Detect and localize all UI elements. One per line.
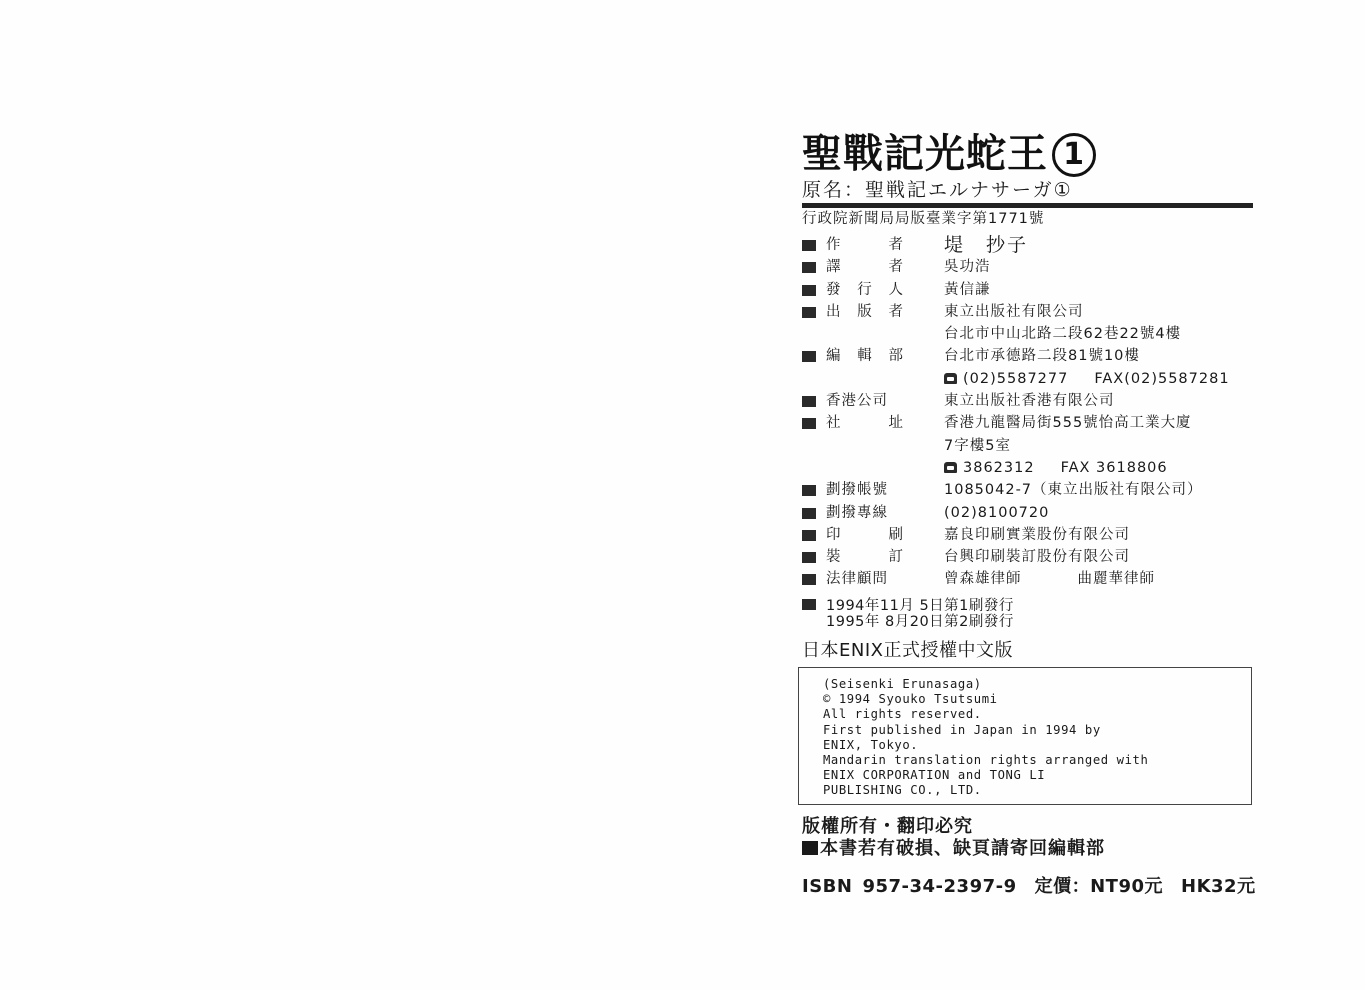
copyright-line: PUBLISHING CO., LTD. bbox=[823, 783, 1251, 798]
credit-label: 劃撥專線 bbox=[826, 502, 904, 524]
credits-list: 作 者 堤 抄子 譯 者 吳功浩 發 行 人 bbox=[802, 234, 1254, 591]
credit-value: 曾森雄律師曲麗華律師 bbox=[944, 568, 1155, 590]
bullet-square-icon bbox=[802, 285, 816, 296]
credit-row-hk-address: 社 址 香港九龍醫局街555號怡高工業大廈 bbox=[802, 412, 1254, 434]
copyright-line: © 1994 Syouko Tsutsumi bbox=[823, 692, 1251, 707]
credit-value: 黃信謙 bbox=[944, 279, 991, 301]
rights-notice: 版權所有・翻印必究 bbox=[802, 816, 973, 838]
credit-row-legal-counsel: 法律顧問 曾森雄律師曲麗華律師 bbox=[802, 568, 1254, 590]
telephone-icon bbox=[944, 462, 957, 473]
copyright-line: (Seisenki Erunasaga) bbox=[823, 677, 1251, 692]
print-date-first: 1994年11月 5日第1刷發行 bbox=[802, 598, 1014, 614]
credit-label: 劃撥帳號 bbox=[826, 479, 904, 501]
credit-value: 1085042-7（東立出版社有限公司） bbox=[944, 479, 1203, 501]
copyright-line: ENIX, Tokyo. bbox=[823, 738, 1251, 753]
copyright-line: First published in Japan in 1994 by bbox=[823, 723, 1251, 738]
credit-row-postal-line: 劃撥專線 (02)8100720 bbox=[802, 502, 1254, 524]
credit-label: 譯 者 bbox=[826, 256, 904, 278]
bullet-square-icon bbox=[802, 485, 816, 496]
bullet-square-icon bbox=[802, 396, 816, 407]
credit-label: 編 輯 部 bbox=[826, 345, 904, 367]
bullet-square-icon bbox=[802, 262, 816, 273]
copyright-line: Mandarin translation rights arranged wit… bbox=[823, 753, 1251, 768]
credit-label: 印 刷 bbox=[826, 524, 904, 546]
bullet-square-icon bbox=[802, 240, 816, 251]
phone-number: 3862312 bbox=[963, 460, 1035, 476]
credit-value: 香港九龍醫局街555號怡高工業大廈 bbox=[944, 412, 1192, 434]
credit-row-publisher: 出 版 者 東立出版社有限公司 bbox=[802, 301, 1254, 323]
credit-row-editorial-phone: (02)5587277FAX(02)5587281 bbox=[802, 368, 1254, 390]
bullet-square-icon bbox=[802, 307, 816, 318]
copyright-line: ENIX CORPORATION and TONG LI bbox=[823, 768, 1251, 783]
fax-number: FAX 3618806 bbox=[1061, 460, 1168, 476]
credit-value: 台北市中山北路二段62巷22號4樓 bbox=[944, 323, 1181, 345]
credit-row-hk-company: 香港公司 東立出版社香港有限公司 bbox=[802, 390, 1254, 412]
credit-value: 吳功浩 bbox=[944, 256, 991, 278]
license-number: 行政院新聞局局版臺業字第1771號 bbox=[802, 210, 1044, 228]
print-history: 1994年11月 5日第1刷發行 1995年 8月20日第2刷發行 bbox=[802, 598, 1014, 630]
credit-label: 發 行 人 bbox=[826, 279, 904, 301]
isbn-number: 957-34-2397-9 bbox=[862, 876, 1016, 897]
credit-row-author: 作 者 堤 抄子 bbox=[802, 234, 1254, 256]
bullet-square-icon bbox=[802, 552, 816, 563]
credit-row-hk-address-cont: 7字樓5室 bbox=[802, 435, 1254, 457]
authorized-edition: 日本ENIX正式授權中文版 bbox=[802, 640, 1013, 662]
credit-row-translator: 譯 者 吳功浩 bbox=[802, 256, 1254, 278]
bullet-square-icon bbox=[802, 351, 816, 362]
credit-value: (02)8100720 bbox=[944, 502, 1049, 524]
print-date-second: 1995年 8月20日第2刷發行 bbox=[802, 614, 1014, 630]
credit-row-hk-phone: 3862312FAX 3618806 bbox=[802, 457, 1254, 479]
price-nt: NT90元 bbox=[1090, 876, 1163, 897]
credit-label: 作 者 bbox=[826, 234, 904, 256]
credit-row-editorial: 編 輯 部 台北市承德路二段81號10樓 bbox=[802, 345, 1254, 367]
credit-value: 東立出版社有限公司 bbox=[944, 301, 1084, 323]
bullet-square-icon bbox=[802, 530, 816, 541]
contact-line: (02)5587277FAX(02)5587281 bbox=[944, 368, 1230, 390]
bullet-square-icon bbox=[802, 508, 816, 519]
scanned-page: 聖戰記光蛇王1 原名：聖戦記エルナサーガ① 行政院新聞局局版臺業字第1771號 … bbox=[0, 0, 1365, 990]
credit-label: 出 版 者 bbox=[826, 301, 904, 323]
original-title: 原名：聖戦記エルナサーガ① bbox=[802, 178, 1073, 202]
credit-value: 東立出版社香港有限公司 bbox=[944, 390, 1115, 412]
isbn-label: ISBN bbox=[802, 876, 852, 897]
credit-value: 7字樓5室 bbox=[944, 435, 1011, 457]
credit-row-publisher-person: 發 行 人 黃信謙 bbox=[802, 279, 1254, 301]
bullet-square-icon bbox=[802, 418, 816, 429]
credit-value: 台北市承德路二段81號10樓 bbox=[944, 345, 1140, 367]
credit-row-publisher-address: 台北市中山北路二段62巷22號4樓 bbox=[802, 323, 1254, 345]
credit-row-postal-account: 劃撥帳號 1085042-7（東立出版社有限公司） bbox=[802, 479, 1254, 501]
credit-row-printer: 印 刷 嘉良印刷實業股份有限公司 bbox=[802, 524, 1254, 546]
credit-value: 嘉良印刷實業股份有限公司 bbox=[944, 524, 1130, 546]
copyright-box: (Seisenki Erunasaga) © 1994 Syouko Tsuts… bbox=[798, 667, 1252, 805]
title-divider bbox=[802, 203, 1253, 208]
phone-number: (02)5587277 bbox=[963, 371, 1068, 387]
contact-line: 3862312FAX 3618806 bbox=[944, 457, 1168, 479]
bullet-square-icon bbox=[802, 599, 816, 610]
bullet-square-icon bbox=[802, 574, 816, 585]
credit-label: 社 址 bbox=[826, 412, 904, 434]
credit-label: 裝 訂 bbox=[826, 546, 904, 568]
book-title-text: 聖戰記光蛇王 bbox=[802, 131, 1048, 177]
volume-number-circle: 1 bbox=[1052, 133, 1096, 177]
credit-label: 法律顧問 bbox=[826, 568, 904, 590]
credit-label: 香港公司 bbox=[826, 390, 904, 412]
price-hk: HK32元 bbox=[1181, 876, 1256, 897]
damage-notice: 本書若有破損、缺頁請寄回編輯部 bbox=[802, 838, 1105, 860]
book-title: 聖戰記光蛇王1 bbox=[802, 130, 1096, 178]
bullet-square-icon bbox=[802, 841, 818, 855]
copyright-line: All rights reserved. bbox=[823, 707, 1251, 722]
telephone-icon bbox=[944, 373, 957, 384]
fax-number: FAX(02)5587281 bbox=[1094, 371, 1229, 387]
price-label: 定價： bbox=[1035, 876, 1091, 897]
isbn-price-line: ISBN957-34-2397-9定價：NT90元HK32元 bbox=[802, 875, 1256, 899]
credit-value: 堤 抄子 bbox=[944, 234, 1028, 256]
credit-value: 台興印刷裝訂股份有限公司 bbox=[944, 546, 1130, 568]
credit-row-binder: 裝 訂 台興印刷裝訂股份有限公司 bbox=[802, 546, 1254, 568]
